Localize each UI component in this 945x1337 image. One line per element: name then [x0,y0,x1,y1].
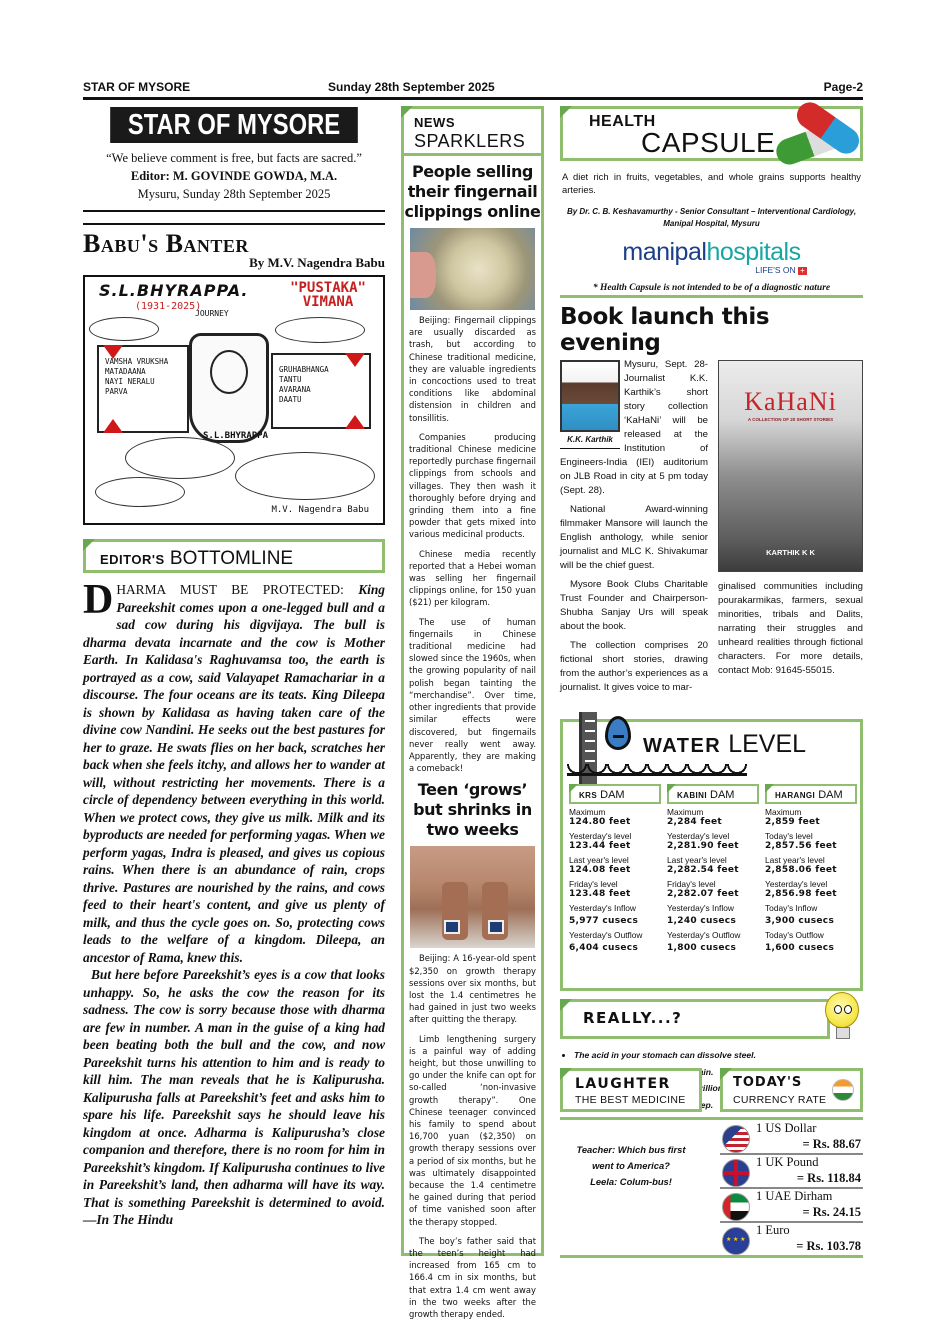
cartoon-years: (1931-2025) [135,301,201,312]
corner-triangle [401,106,413,118]
cartoon-journey: JOURNEY [195,309,229,318]
cartoon-left-wing: VAMSHA VRUKSHA MATADAANA NAYI NERALU PAR… [97,345,189,433]
dam-suffix: DAM [818,789,842,801]
paragraph: National Award-winning filmmaker Mansore… [560,503,708,573]
water-drop-icon [605,716,631,750]
row-label: Maximum [765,807,857,817]
joke-line: Teacher: Which bus first [560,1142,702,1158]
row-label: Friday's level [569,879,661,889]
cartoon-right-wing: GRUHABHANGA TANTU AVARANA DAATU [271,353,371,429]
label-bold: LAUGHTER [575,1076,671,1092]
row-label: Yesterday's Inflow [667,903,759,913]
lightbulb-mascot-icon [825,992,859,1028]
cover-author: KARTHIK K K [719,548,862,557]
paragraph: King Pareekshit comes upon a one-legged … [83,582,385,965]
dam-suffix: DAM [600,789,624,801]
row-label: Yesterday's Inflow [569,903,661,913]
right-column: HEALTH CAPSULE A diet rich in fruits, ve… [560,106,863,1120]
currency-rate-list: 1 US Dollar = Rs. 88.67 1 UK Pound = Rs.… [720,1121,863,1257]
currency-row: 1 US Dollar = Rs. 88.67 [720,1121,863,1155]
eu-flag-icon [722,1227,750,1255]
page-header: STAR OF MYSORE Sunday 28th September 202… [83,78,863,98]
header-publication: STAR OF MYSORE [83,80,190,94]
row-value: 2,281.90 feet [667,841,759,852]
news-sparklers-header: NEWS SPARKLERS [401,106,544,156]
corner-triangle [83,539,95,551]
row-value: 5,977 cusecs [569,916,661,927]
label-small: NEWS [414,115,455,130]
currency-value: = Rs. 118.84 [797,1171,861,1186]
dam-name: HARANGI [775,791,815,800]
row-label: Yesterday's Outflow [569,930,661,940]
currency-name: 1 UAE Dirham [756,1189,832,1204]
label-large: BOTTOMLINE [170,548,293,569]
divider [83,210,385,212]
red-triangle [103,345,123,359]
health-disclaimer: * Health Capsule is not intended to be o… [560,283,863,293]
label-large: LEVEL [728,730,806,758]
row-value: 3,900 cusecs [765,916,857,927]
corner-triangle [560,999,572,1011]
label-sub: CURRENCY RATE [733,1094,826,1106]
story-headline: Teen ‘grows’ but shrinks in two weeks [404,780,541,840]
story-headline: People selling their fingernail clipping… [404,162,541,222]
health-tip: A diet rich in fruits, vegetables, and w… [560,170,863,196]
editorial-cartoon: S.L.BHYRAPPA. (1931-2025) JOURNEY "PUSTA… [83,275,385,525]
row-value: 2,856.98 feet [765,889,857,900]
cloud-shape [95,477,185,507]
device-shape [444,920,460,934]
masthead-motto: “We believe comment is free, but facts a… [83,151,385,166]
row-label: Maximum [569,807,661,817]
row-value: 6,404 cusecs [569,943,661,954]
row-label: Last year's level [569,855,661,865]
header-page-number: Page-2 [824,80,863,94]
drop-cap: D [83,583,113,617]
dam-krs: KRS DAM Maximum124.80 feet Yesterday's l… [569,784,661,954]
row-value: 2,282.54 feet [667,865,759,876]
news-sparklers-column: NEWS SPARKLERS People selling their fing… [401,106,544,1256]
story-body-right: ginalised communities including pourakar… [718,580,863,678]
dam-header: HARANGI DAM [765,784,857,804]
row-value: 2,858.06 feet [765,865,857,876]
author-photo: K.K. Karthik [560,360,620,449]
currency-row: 1 UAE Dirham = Rs. 24.15 [720,1189,863,1223]
editors-bottomline-text: D HARMA MUST BE PROTECTED: King Pareeksh… [83,581,385,1229]
corner-triangle [560,106,572,118]
row-label: Yesterday's Outflow [667,930,759,940]
currency-name: 1 Euro [756,1223,790,1238]
dam-list: KRS DAM Maximum124.80 feet Yesterday's l… [569,784,857,954]
corner-triangle [720,1068,732,1080]
cover-subtitle: A COLLECTION OF 20 SHORT STORIES [719,417,862,422]
fact-item: The acid in your stomach can dissolve st… [574,1047,863,1064]
row-label: Today's Outflow [765,930,857,940]
paragraph: Chinese media recently reported that a H… [409,548,536,609]
label-sub: THE BEST MEDICINE [575,1094,686,1106]
health-byline: By Dr. C. B. Keshavamurthy - Senior Cons… [560,206,863,230]
india-flag-icon [832,1079,854,1101]
currency-value: = Rs. 88.67 [802,1137,861,1152]
label-bold: TODAY'S [733,1075,802,1090]
wing-text: MATADAANA [105,367,181,377]
label-small: EDITOR'S [100,552,165,567]
row-value: 1,240 cusecs [667,916,759,927]
dam-header: KABINI DAM [667,784,759,804]
paragraph: Companies producing traditional Chinese … [409,431,536,541]
editors-bottomline-header: EDITOR'S BOTTOMLINE [83,539,385,573]
story-body-left: K.K. Karthik Mysuru, Sept. 28- Journalis… [560,358,708,700]
eye-shape [834,1005,842,1014]
dam-kabini: KABINI DAM Maximum2,284 feet Yesterday's… [667,784,759,954]
wing-text: PARVA [105,387,181,397]
joke-line: Leela: Colum-bus! [560,1174,702,1190]
paragraph: Beijing: A 16-year-old spent $2,350 on g… [409,952,536,1025]
tagline-text: LIFE'S ON [755,265,795,275]
cover-title: KaHaNi [719,387,862,417]
divider [83,223,385,225]
row-value: 123.48 feet [569,889,661,900]
row-value: 2,859 feet [765,817,857,828]
row-label: Friday's level [667,879,759,889]
really-header: REALLY...? [560,999,830,1039]
currency-name: 1 US Dollar [756,1121,816,1136]
book-launch-story: K.K. Karthik Mysuru, Sept. 28- Journalis… [560,358,863,703]
paragraph: Limb lengthening surgery is a painful wa… [409,1033,536,1228]
divider [560,295,863,298]
row-label: Yesterday's level [569,831,661,841]
currency-row: 1 UK Pound = Rs. 118.84 [720,1155,863,1189]
uk-flag-icon [722,1159,750,1187]
header-date: Sunday 28th September 2025 [328,80,495,94]
lead-caps: HARMA MUST BE PROTECTED: [116,582,343,597]
caricature-face [210,350,248,394]
byline-line: By Dr. C. B. Keshavamurthy - Senior Cons… [560,206,863,218]
dam-suffix: DAM [710,789,734,801]
wing-text: DAATU [279,395,363,405]
currency-name: 1 UK Pound [756,1155,819,1170]
water-level-panel: WATER LEVEL KRS DAM Maximum124.80 feet Y… [560,719,863,991]
row-value: 124.80 feet [569,817,661,828]
red-triangle [345,415,365,429]
row-value: 2,284 feet [667,817,759,828]
water-level-title: WATER LEVEL [643,730,806,759]
label-large: CAPSULE [641,127,775,159]
eye-shape [844,1005,852,1014]
logo-part: hospitals [706,238,800,266]
row-label: Last year's level [765,855,857,865]
dam-header: KRS DAM [569,784,661,804]
masthead-dateline: Mysuru, Sunday 28th September 2025 [83,187,385,202]
row-value: 2,857.56 feet [765,841,857,852]
row-value: 1,800 cusecs [667,943,759,954]
wing-text: TANTU [279,375,363,385]
header-rule [83,97,863,100]
red-triangle [103,419,123,433]
wing-text: NAYI NERALU [105,377,181,387]
row-label: Last year's level [667,855,759,865]
book-cover-image: KaHaNi A COLLECTION OF 20 SHORT STORIES … [718,360,863,572]
cartoon-nameplate: S.L.BHYRAPPA [203,431,268,441]
paragraph: The use of human fingernails in Chinese … [409,616,536,775]
uae-flag-icon [722,1193,750,1221]
row-value: 1,600 cusecs [765,943,857,954]
row-value: 124.08 feet [569,865,661,876]
currency-header: TODAY'S CURRENCY RATE [720,1068,863,1112]
row-label: Maximum [667,807,759,817]
logo-part: manipal [622,238,706,266]
paragraph: The boy’s father said that the teen’s he… [409,1235,536,1320]
joke-text: Teacher: Which bus first went to America… [560,1142,702,1190]
book-launch-headline: Book launch this evening [560,304,863,356]
plus-icon: + [798,267,807,275]
currency-row: 1 Euro = Rs. 103.78 [720,1223,863,1257]
row-label: Yesterday's level [765,879,857,889]
cartoon-signature: M.V. Nagendra Babu [271,505,369,515]
cartoon-heading: S.L.BHYRAPPA. [99,281,249,300]
teen-legs-photo [410,846,535,948]
masthead-title: STAR OF MYSORE [110,107,358,143]
currency-value: = Rs. 103.78 [796,1239,861,1254]
cloud-shape [125,437,235,479]
cartoon-vimana: "PUSTAKA" VIMANA [273,281,383,309]
fingernail-clippings-photo [410,228,535,310]
byline-line: Manipal Hospital, Mysuru [560,218,863,230]
row-value: 2,282.07 feet [667,889,759,900]
waves-decoration [567,764,747,776]
story-body: Beijing: Fingernail clippings are usuall… [404,310,541,774]
laughter-header: LAUGHTER THE BEST MEDICINE [560,1068,702,1112]
cloud-shape [89,317,159,341]
row-label: Today's level [765,831,857,841]
paragraph: Beijing: Fingernail clippings are usuall… [409,314,536,424]
manipal-hospitals-logo: manipalhospitals [560,238,863,267]
story-body: Beijing: A 16-year-old spent $2,350 on g… [404,948,541,1320]
joke-line: went to America? [560,1158,702,1174]
cloud-shape [275,317,365,343]
device-shape [488,920,504,934]
paragraph: The collection comprises 20 fictional sh… [560,639,708,695]
dam-harangi: HARANGI DAM Maximum2,859 feet Today's le… [765,784,857,954]
cloud-shape [235,452,375,500]
cartoon-portrait-frame [189,333,269,443]
us-flag-icon [722,1125,750,1153]
divider [560,1255,863,1258]
label-large: SPARKLERS [414,131,525,152]
row-label: Yesterday's level [667,831,759,841]
paragraph: But here before Pareekshit’s eyes is a c… [83,966,385,1229]
row-label: Today's Inflow [765,903,857,913]
author-portrait [560,360,620,432]
label-small: WATER [643,735,721,757]
dam-name: KRS [579,791,597,800]
corner-triangle [560,1068,572,1080]
paragraph: Mysore Book Clubs Charitable Trust Found… [560,578,708,634]
row-value: 123.44 feet [569,841,661,852]
currency-value: = Rs. 24.15 [802,1205,861,1220]
red-triangle [345,353,365,367]
left-column: STAR OF MYSORE “We believe comment is fr… [83,107,385,1229]
really-title: REALLY...? [583,1009,682,1027]
bottom-row: LAUGHTER THE BEST MEDICINE Teacher: Whic… [560,1068,863,1258]
photo-caption: K.K. Karthik [560,432,620,449]
health-capsule-header: HEALTH CAPSULE [560,106,863,161]
wing-text: AVARANA [279,385,363,395]
masthead-editor: Editor: M. GOVINDE GOWDA, M.A. [83,169,385,184]
dam-name: KABINI [677,791,707,800]
